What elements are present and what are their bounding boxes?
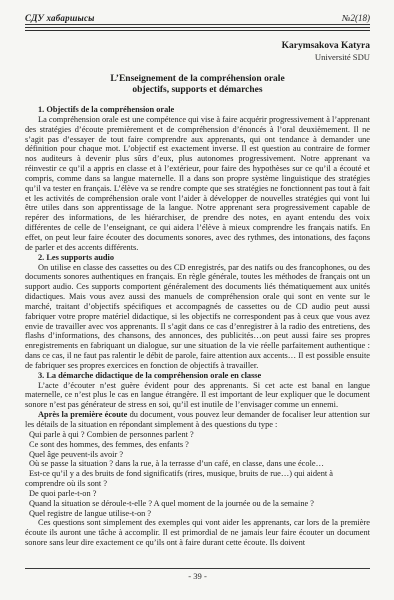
question-item: Quel registre de langue utilise-t-on ? [25,509,370,519]
section-3-heading: 3. La démarche didactique de la compréhe… [25,371,370,381]
section-1-paragraph: La compréhension orale est une compétenc… [25,115,370,253]
section-2-paragraph: On utilise en classe des cassettes ou de… [25,263,370,371]
premiere-ecoute-lead: Après la première écoute [38,410,127,419]
page-footer: - 39 - [25,568,370,581]
question-item: Quand la situation se déroule-t-elle ? A… [25,499,370,509]
article-title-line1: L’Enseignement de la compréhension orale [25,74,370,85]
section-1-heading: 1. Objectifs de la compréhension orale [25,105,370,115]
question-item: De quoi parle-t-on ? [25,489,370,499]
author-affiliation: Université SDU [25,52,370,63]
section-3-paragraph: L’acte d’écouter n’est guère évident pou… [25,381,370,411]
closing-paragraph: Ces questions sont simplement des exempl… [25,518,370,548]
question-item: Est-ce qu’il y a des bruits de fond sign… [25,469,370,489]
question-item: Ce sont des hommes, des femmes, des enfa… [25,440,370,450]
page-number: - 39 - [25,571,370,581]
question-item: Où se passe la situation ? dans la rue, … [25,459,370,469]
author-name: Karymsakova Katyra [25,41,370,52]
footer-rule [25,568,370,569]
journal-title: СДУ хабаршысы [25,13,95,23]
article-title: L’Enseignement de la compréhension orale… [25,74,370,96]
question-item: Quel âge peuvent-ils avoir ? [25,450,370,460]
page-header: СДУ хабаршысы №2(18) [25,13,370,25]
author-block: Karymsakova Katyra Université SDU [25,41,370,63]
article-title-line2: objectifs, supports et démarches [25,85,370,96]
premiere-ecoute-paragraph: Après la première écoute du document, vo… [25,410,370,430]
document-page: СДУ хабаршысы №2(18) Karymsakova Katyra … [0,0,394,600]
section-2-heading: 2. Les supports audio [25,253,370,263]
issue-number: №2(18) [342,13,370,23]
article-body: 1. Objectifs de la compréhension orale L… [25,105,370,548]
question-item: Qui parle à qui ? Combien de personnes p… [25,430,370,440]
header-rule [25,27,370,31]
